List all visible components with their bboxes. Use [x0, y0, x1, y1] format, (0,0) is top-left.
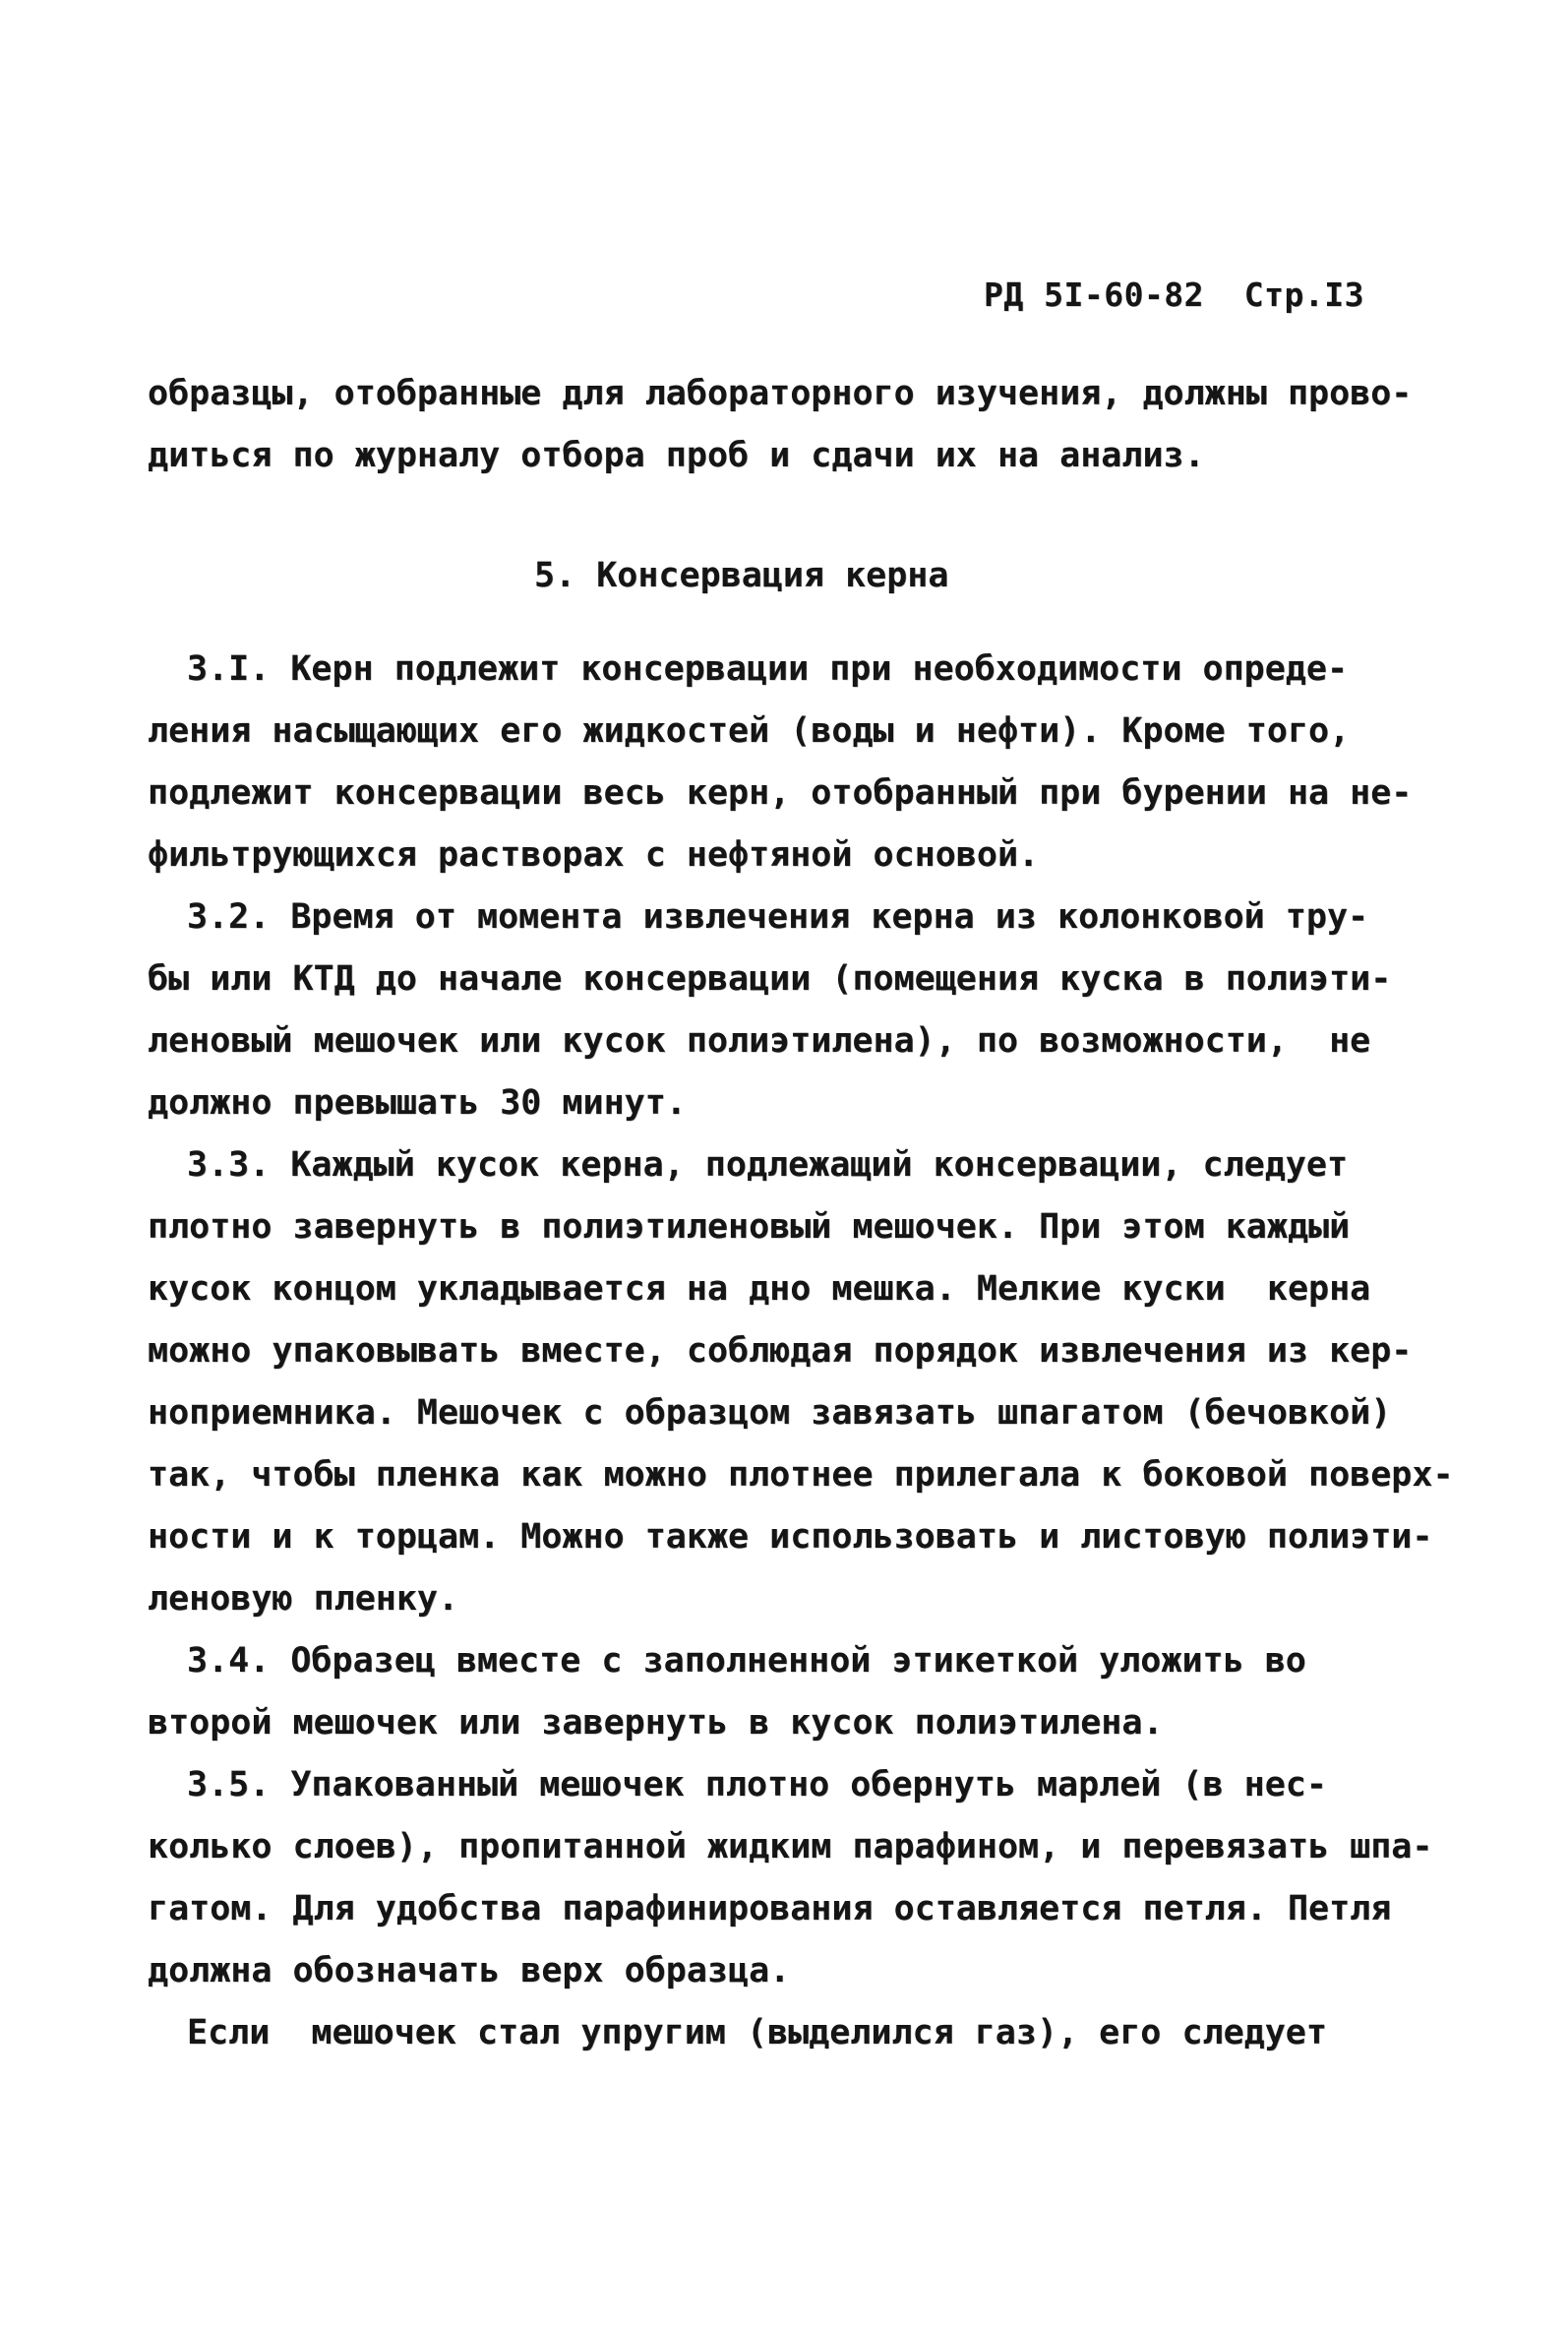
- text-line: диться по журналу отбора проб и сдачи их…: [148, 425, 1456, 487]
- text-line: ноприемника. Мешочек с образцом завязать…: [148, 1382, 1456, 1444]
- paragraph-3-2: 3.2. Время от момента извлечения керна и…: [148, 887, 1456, 1134]
- text-line: 3.I. Керн подлежит консервации при необх…: [148, 639, 1456, 701]
- paragraph-closing: Если мешочек стал упругим (выделился газ…: [148, 2002, 1456, 2064]
- paragraph-intro: образцы, отобранные для лабораторного из…: [148, 363, 1456, 487]
- section-heading: 5. Консервация керна: [534, 545, 1456, 607]
- text-line: фильтрующихся растворах с нефтяной основ…: [148, 825, 1456, 887]
- paragraph-3-1: 3.I. Керн подлежит консервации при необх…: [148, 639, 1456, 887]
- text-line: должна обозначать верх образца.: [148, 1940, 1456, 2002]
- text-line: Если мешочек стал упругим (выделился газ…: [148, 2002, 1456, 2064]
- paragraph-3-5: 3.5. Упакованный мешочек плотно обернуть…: [148, 1754, 1456, 2002]
- text-line: леновую пленку.: [148, 1568, 1456, 1630]
- text-line: колько слоев), пропитанной жидким парафи…: [148, 1816, 1456, 1878]
- text-line: 3.3. Каждый кусок керна, подлежащий конс…: [148, 1134, 1456, 1196]
- text-line: ности и к торцам. Можно также использова…: [148, 1506, 1456, 1568]
- text-line: подлежит консервации весь керн, отобранн…: [148, 763, 1456, 825]
- text-line: второй мешочек или завернуть в кусок пол…: [148, 1692, 1456, 1754]
- text-line: 3.5. Упакованный мешочек плотно обернуть…: [148, 1754, 1456, 1816]
- text-line: ления насыщающих его жидкостей (воды и н…: [148, 701, 1456, 763]
- document-body: образцы, отобранные для лабораторного из…: [148, 363, 1456, 2064]
- text-line: гатом. Для удобства парафинирования оста…: [148, 1878, 1456, 1940]
- text-line: образцы, отобранные для лабораторного из…: [148, 363, 1456, 425]
- paragraph-3-4: 3.4. Образец вместе с заполненной этикет…: [148, 1630, 1456, 1754]
- document-page: РД 5I-60-82 Стр.I3 образцы, отобранные д…: [0, 0, 1568, 2325]
- text-line: должно превышать 30 минут.: [148, 1072, 1456, 1134]
- text-line: так, чтобы пленка как можно плотнее прил…: [148, 1444, 1456, 1506]
- page-header: РД 5I-60-82 Стр.I3: [984, 275, 1364, 315]
- text-line: плотно завернуть в полиэтиленовый мешоче…: [148, 1196, 1456, 1258]
- text-line: 3.4. Образец вместе с заполненной этикет…: [148, 1630, 1456, 1692]
- text-line: можно упаковывать вместе, соблюдая поряд…: [148, 1320, 1456, 1382]
- text-line: бы или КТД до начале консервации (помеще…: [148, 948, 1456, 1010]
- text-line: 3.2. Время от момента извлечения керна и…: [148, 887, 1456, 948]
- text-line: леновый мешочек или кусок полиэтилена), …: [148, 1010, 1456, 1072]
- paragraph-3-3: 3.3. Каждый кусок керна, подлежащий конс…: [148, 1134, 1456, 1630]
- text-line: кусок концом укладывается на дно мешка. …: [148, 1258, 1456, 1320]
